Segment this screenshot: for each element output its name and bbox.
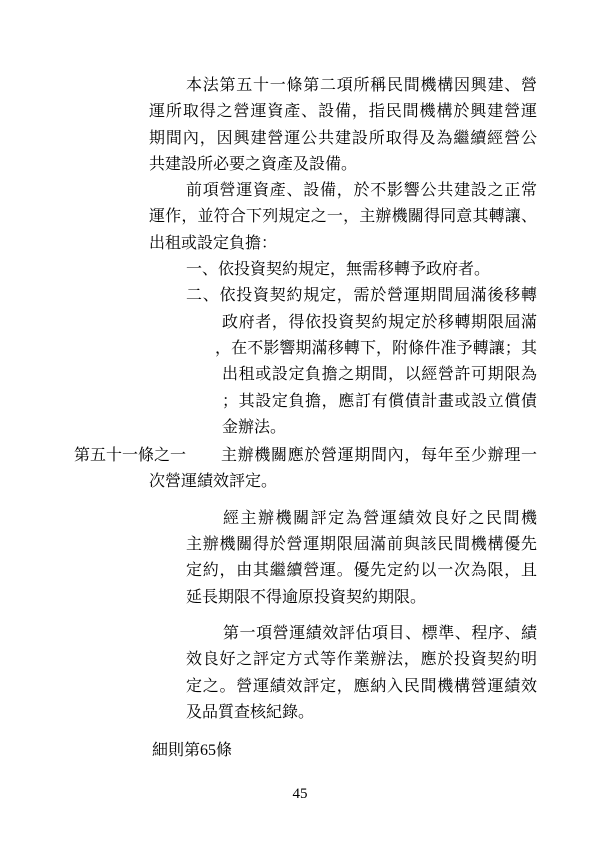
note-item2-line: 金辦法。	[222, 415, 537, 441]
article51-1-para2-line: 定約，由其繼續營運。優先定約以一次為限，且	[186, 558, 537, 584]
document-body: 本法第五十一條第二項所稱民間機構因興建、營 運所取得之營運資產、設備，指民間機構…	[0, 73, 600, 764]
article51-1-para3-line: 及品質查核紀錄。	[186, 700, 537, 726]
note-para1-line: 期間內，因興建營運公共建設所取得及為繼續經營公	[149, 126, 537, 152]
note-para1-line: 本法第五十一條第二項所稱民間機構因興建、營	[186, 73, 537, 99]
note-item2-line: 政府者，得依投資契約規定於移轉期限屆滿前	[222, 310, 537, 336]
note-item1-line: 一、依投資契約規定，無需移轉予政府者。	[186, 257, 537, 283]
spacer	[0, 611, 600, 621]
note-item2-line: ，在不影響期滿移轉下，附條件准予轉讓；其	[215, 336, 537, 362]
article51-1-para2-line: 經主辦機關評定為營運績效良好之民間機構，	[223, 506, 537, 532]
spacer	[0, 496, 600, 506]
article51-1-para1-line: 次營運績效評定。	[149, 469, 537, 495]
article51-1-para3-line: 效良好之評定方式等作業辦法，應於投資契約明	[186, 647, 537, 673]
article-number-label: 第五十一條之一	[74, 443, 186, 469]
article51-1-heading-row: 第五十一條之一 主辦機關應於營運期間內，每年至少辦理一	[0, 443, 600, 469]
note-item2-line: 出租或設定負擔之期間，以經營許可期限為限	[222, 362, 537, 388]
article51-1-para3-line: 定之。營運績效評定，應納入民間機構營運績效	[186, 674, 537, 700]
article51-1-para2-line: 延長期限不得逾原投資契約期限。	[186, 585, 537, 611]
note-para2-line: 前項營運資產、設備，於不影響公共建設之正常	[186, 178, 537, 204]
note-item2-line: ；其設定負擔，應訂有償債計畫或設立償債基	[222, 389, 537, 415]
document-page: 本法第五十一條第二項所稱民間機構因興建、營 運所取得之營運資產、設備，指民間機構…	[0, 0, 600, 848]
spacer	[0, 726, 600, 738]
note-para2-line: 運作，並符合下列規定之一，主辦機關得同意其轉讓、	[149, 204, 537, 230]
article51-1-para3-line: 第一項營運績效評估項目、標準、程序、績	[223, 621, 537, 647]
page-number: 45	[0, 786, 600, 803]
note-item2-line: 二、依投資契約規定，需於營運期間屆滿後移轉予	[186, 283, 537, 309]
article51-1-para2-line: 主辦機關得於營運期限屆滿前與該民間機構優先	[186, 532, 537, 558]
note-para2-line: 出租或設定負擔：	[149, 231, 537, 257]
note-para1-line: 運所取得之營運資產、設備，指民間機構於興建營運	[149, 99, 537, 125]
regulation-reference: 細則第65條	[152, 738, 600, 764]
article51-1-para1-line: 主辦機關應於營運期間內，每年至少辦理一	[221, 443, 537, 469]
note-para1-line: 共建設所必要之資產及設備。	[149, 152, 537, 178]
